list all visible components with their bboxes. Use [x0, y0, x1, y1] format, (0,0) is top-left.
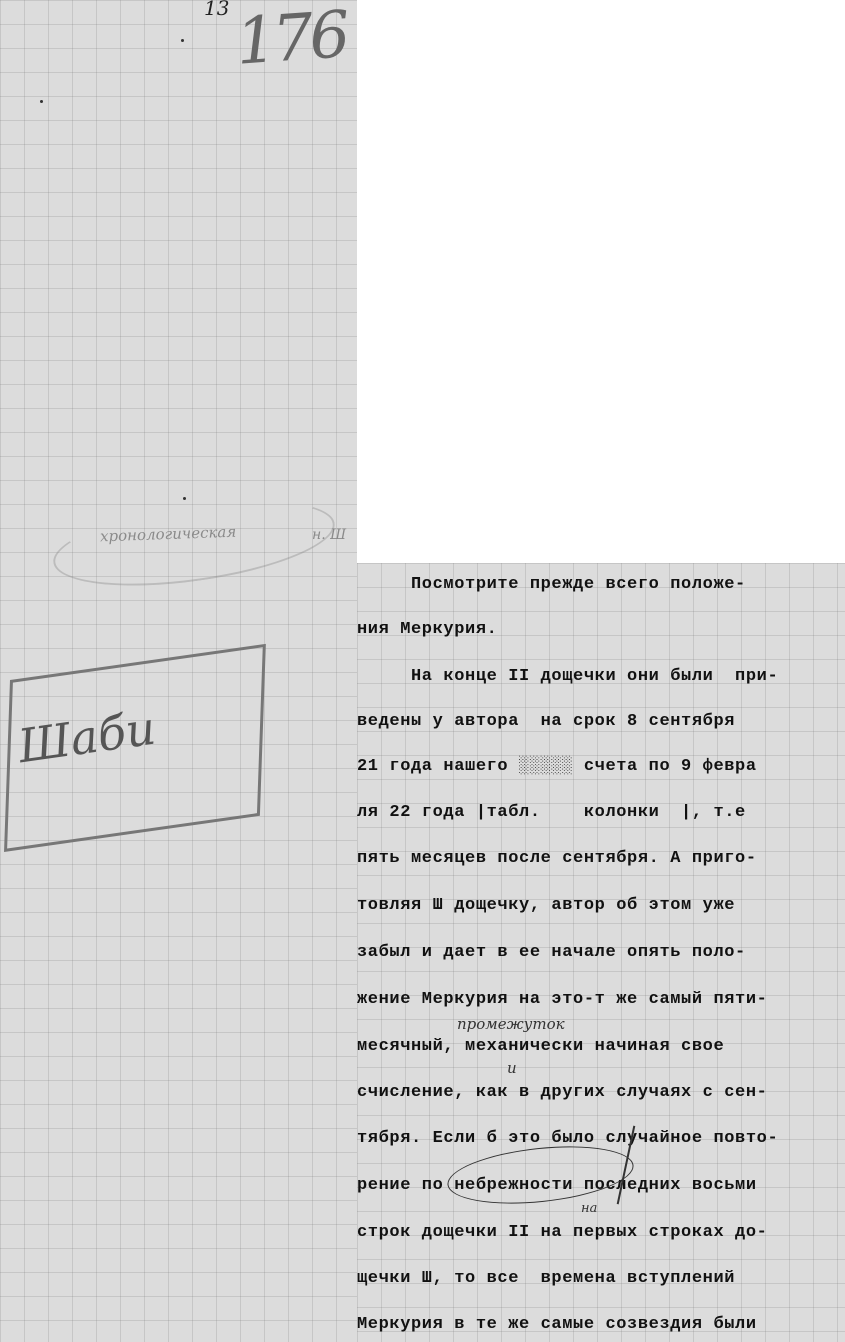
text-line: Меркурия в те же самые созвездия были [357, 1315, 757, 1334]
text-line: Посмотрите прежде всего положе- [357, 575, 746, 594]
text-line: товляя Ш дощечку, автор об этом уже [357, 896, 735, 915]
text-line: щечки Ш, то все времена вступлений [357, 1269, 735, 1288]
text-line: На конце II дощечки они были при- [357, 667, 778, 686]
speck [40, 100, 43, 103]
text-line: месячный, механически начиная свое [357, 1037, 724, 1056]
handwritten-insertion: на [581, 1201, 597, 1216]
folio-small: 13 [204, 0, 229, 20]
handwritten-insertion: промежуток [457, 1015, 565, 1033]
text-line: ведены у автора на срок 8 сентября [357, 712, 735, 731]
text-line: забыл и дает в ее начале опять поло- [357, 943, 746, 962]
speck [183, 497, 186, 500]
text-line: строк дощечки II на первых строках до- [357, 1223, 767, 1242]
faint-pencil-mark: н. Ш [312, 527, 346, 543]
handwritten-insertion: и [507, 1059, 517, 1077]
text-line: ния Меркурия. [357, 620, 497, 639]
text-line: тября. Если б это было случайное повто- [357, 1129, 778, 1148]
text-line: ля 22 года |табл. колонки |, т.е [357, 803, 746, 822]
text-line: пять месяцев после сентября. А приго- [357, 849, 757, 868]
text-line: 21 года нашего ░░░░░ счета по 9 февра [357, 757, 757, 776]
folio-number: 176 [234, 0, 349, 80]
text-line: счисление, как в других случаях с сен- [357, 1083, 767, 1102]
blank-region [357, 0, 845, 563]
text-line: жение Меркурия на это-т же самый пяти- [357, 990, 767, 1009]
speck [181, 39, 184, 42]
